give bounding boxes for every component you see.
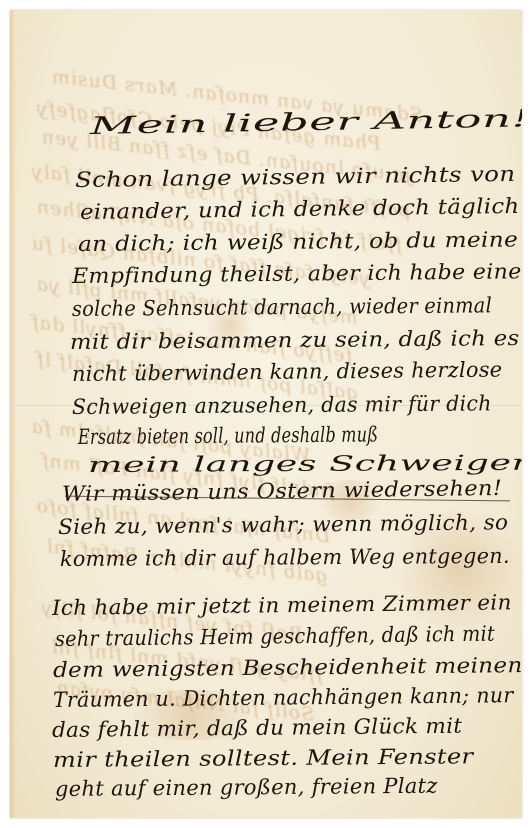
salutation: Mein lieber Anton!	[90, 104, 522, 140]
letter-line: einander, und ich denke doch täglich	[80, 194, 520, 224]
letter-line: Schon lange wissen wir nichts von	[75, 162, 516, 192]
letter-line: Wir müssen uns Ostern wiedersehen!	[62, 476, 502, 506]
letter-text: Mein lieber Anton! Schon lange wissen wi…	[10, 10, 522, 818]
letter-page: Sdamu ya van mnofan. Mars Dusim Pham gef…	[10, 10, 522, 818]
letter-line: solche Sehnsucht darnach, wieder einmal	[72, 293, 492, 321]
letter-line: Ersatz bieten soll, und deshalb muß	[78, 422, 378, 449]
letter-line: sehr traulichs Heim geschaffen, daß ich …	[55, 622, 495, 651]
letter-line: Schweigen anzusehen, das mir für dich	[72, 391, 492, 419]
letter-line: mir theilen solltest. Mein Fenster	[53, 744, 474, 772]
letter-line: Sieh zu, wenn's wahr; wenn möglich, so	[58, 510, 509, 539]
letter-line: geht auf einen großen, freien Platz	[55, 774, 438, 801]
letter-line: dem wenigsten Bescheidenheit meinen	[53, 653, 522, 682]
letter-line: mit dir beisammen zu sein, daß ich es	[70, 326, 520, 354]
letter-line: an dich; ich weiß nicht, ob du meine	[78, 227, 518, 256]
letter-line: mein langes Schweigen.	[88, 451, 522, 477]
letter-line: Empfindung theilst, aber ich habe eine	[72, 259, 522, 288]
letter-line: das fehlt mir, daß du mein Glück mit	[52, 714, 463, 742]
letter-line: komme ich dir auf halbem Weg entgegen.	[60, 544, 510, 571]
letter-line: Ich habe mir jetzt in meinem Zimmer ein	[52, 590, 512, 620]
letter-line: Träumen u. Dichten nachhängen kann; nur	[53, 683, 514, 712]
letter-line: nicht überwinden kann, dieses herzlose	[72, 357, 503, 386]
